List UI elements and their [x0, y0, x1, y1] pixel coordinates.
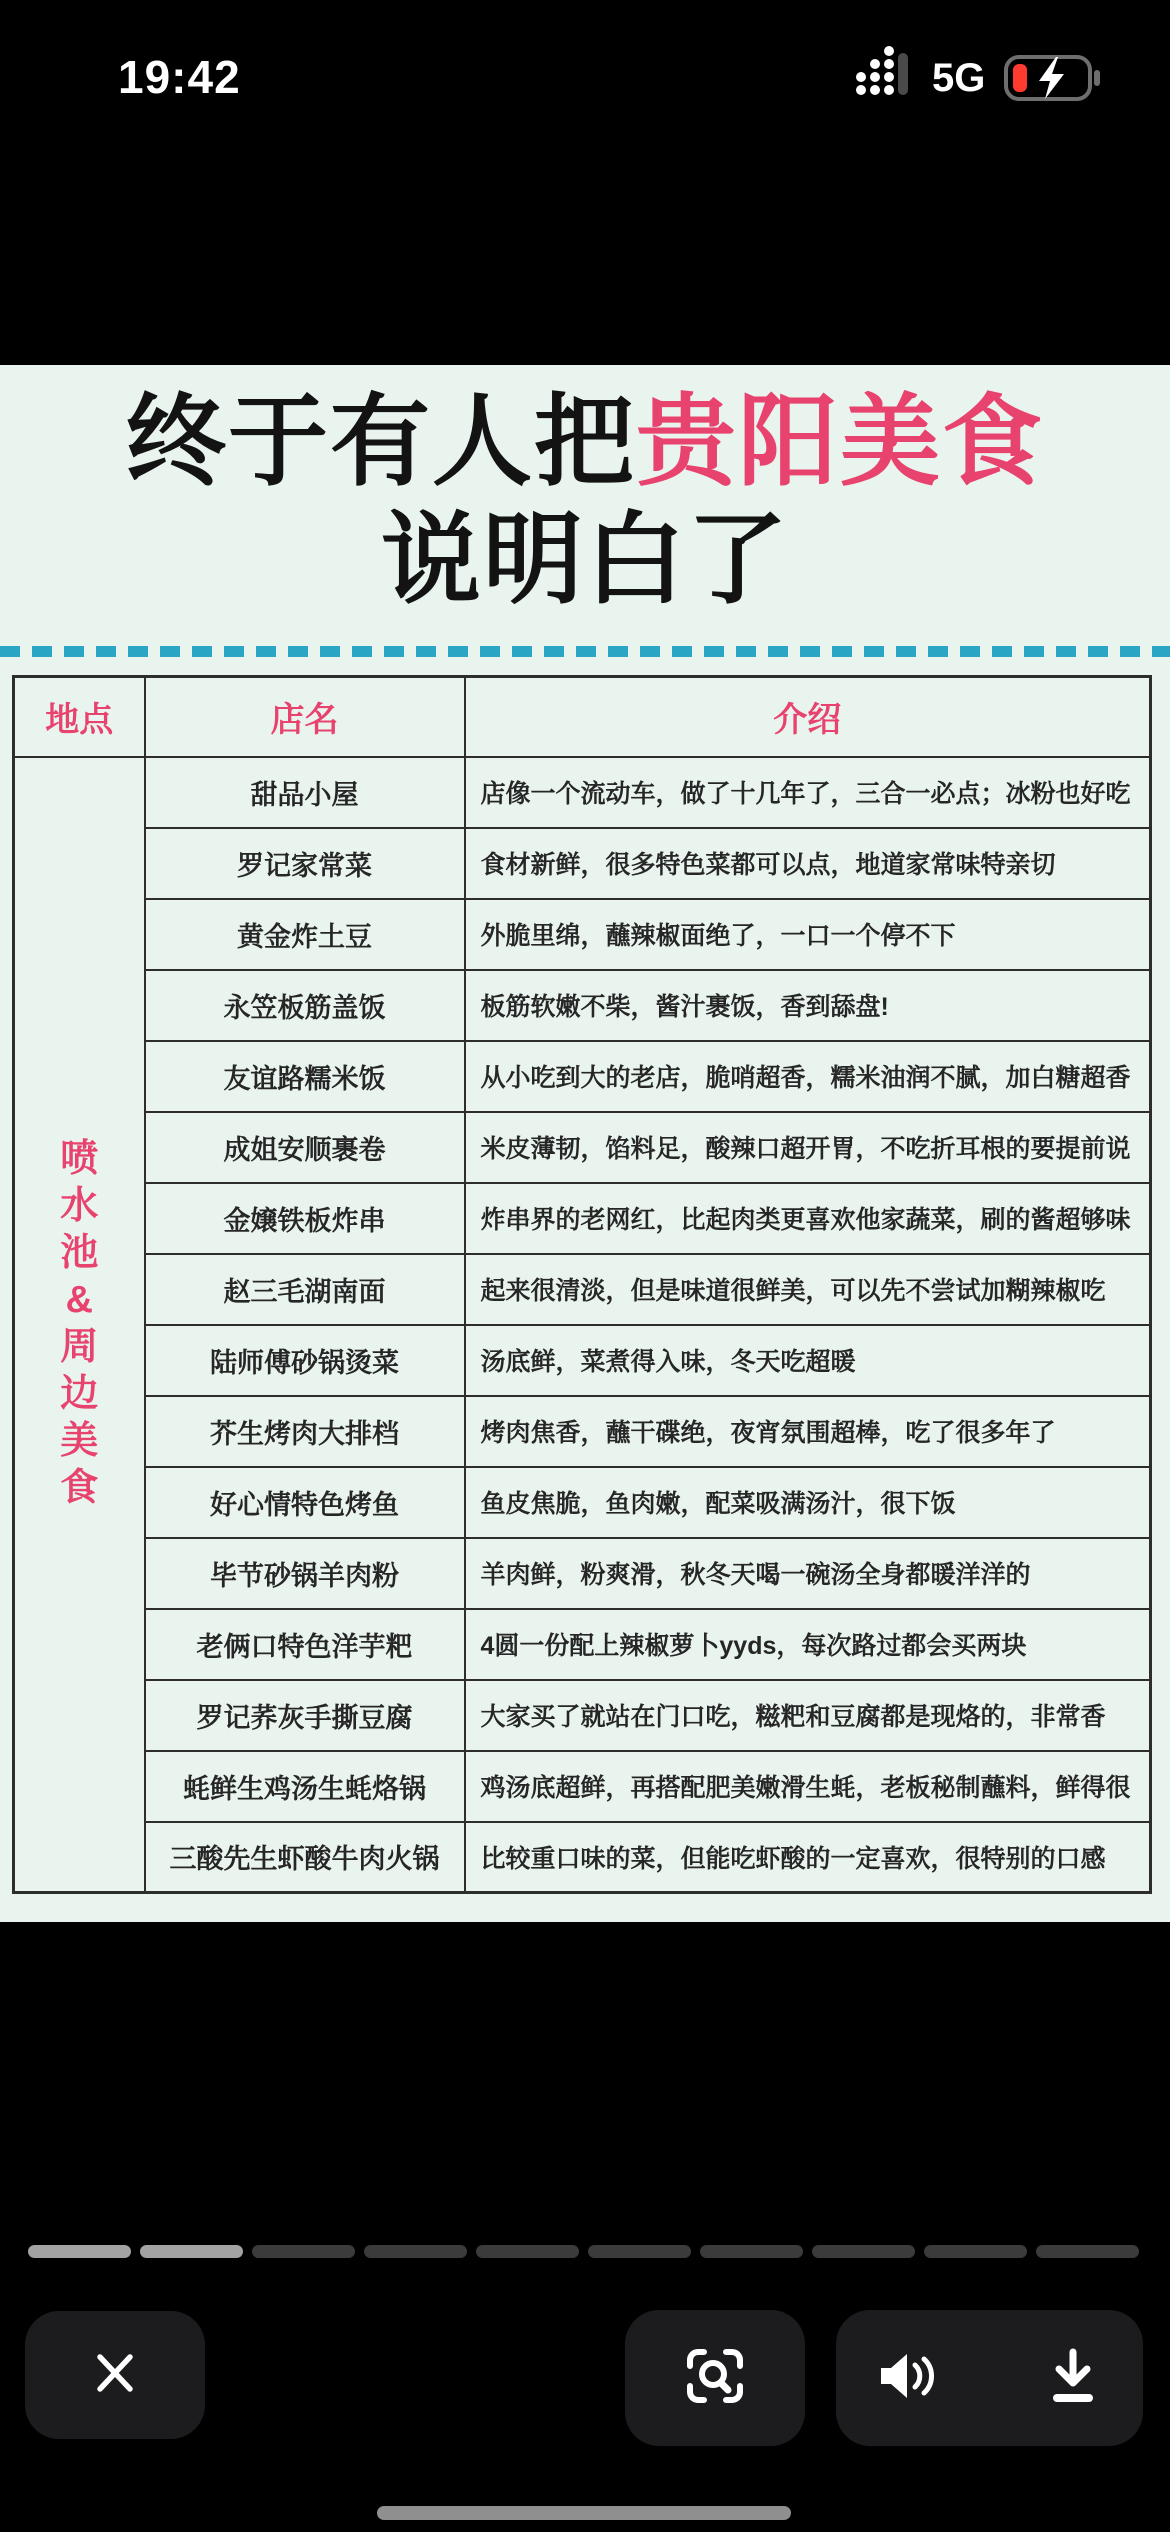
page-indicator-segment: [588, 2245, 691, 2258]
speaker-icon: [875, 2348, 939, 2409]
table-row: 毕节砂锅羊肉粉羊肉鲜，粉爽滑，秋冬天喝一碗汤全身都暖洋洋的: [14, 1538, 1151, 1609]
location-group-char: 美: [60, 1418, 98, 1465]
shop-intro-cell: 米皮薄韧，馅料足，酸辣口超开胃，不吃折耳根的要提前说: [465, 1112, 1151, 1183]
shop-intro-cell: 鱼皮焦脆，鱼肉嫩，配菜吸满汤汁，很下饭: [465, 1467, 1151, 1538]
shop-name-cell: 友谊路糯米饭: [145, 1041, 465, 1112]
food-table-body: 喷水池&周边美食甜品小屋店像一个流动车，做了十几年了，三合一必点；冰粉也好吃罗记…: [14, 757, 1151, 1893]
shop-name-cell: 甜品小屋: [145, 757, 465, 828]
location-group-char: 喷: [60, 1136, 98, 1183]
shop-name-cell: 好心情特色烤鱼: [145, 1467, 465, 1538]
shop-intro-cell: 店像一个流动车，做了十几年了，三合一必点；冰粉也好吃: [465, 757, 1151, 828]
shop-intro-cell: 炸串界的老网红，比起肉类更喜欢他家蔬菜，刷的酱超够味: [465, 1183, 1151, 1254]
location-group-char: 边: [60, 1371, 98, 1418]
table-row: 好心情特色烤鱼鱼皮焦脆，鱼肉嫩，配菜吸满汤汁，很下饭: [14, 1467, 1151, 1538]
page-indicator-segment: [364, 2245, 467, 2258]
shop-intro-cell: 鸡汤底超鲜，再搭配肥美嫩滑生蚝，老板秘制蘸料，鲜得很: [465, 1751, 1151, 1822]
shop-name-cell: 老俩口特色洋芋粑: [145, 1609, 465, 1680]
sound-button[interactable]: [861, 2310, 953, 2446]
dashed-divider: [0, 646, 1170, 657]
shop-intro-cell: 比较重口味的菜，但能吃虾酸的一定喜欢，很特别的口感: [465, 1822, 1151, 1893]
shop-name-cell: 成姐安顺裹卷: [145, 1112, 465, 1183]
table-row: 老俩口特色洋芋粑4圆一份配上辣椒萝卜yyds，每次路过都会买两块: [14, 1609, 1151, 1680]
shop-name-cell: 罗记荞灰手撕豆腐: [145, 1680, 465, 1751]
visual-search-button[interactable]: [625, 2310, 805, 2446]
page-indicator: [28, 2245, 1139, 2258]
cellular-signal-icon: [856, 52, 918, 95]
shop-name-cell: 金嬢铁板炸串: [145, 1183, 465, 1254]
phone-screen: 19:42 5G 终于有人把贵阳美食 说明白了: [0, 0, 1170, 2532]
shop-intro-cell: 烤肉焦香，蘸干碟绝，夜宵氛围超棒，吃了很多年了: [465, 1396, 1151, 1467]
page-indicator-segment: [28, 2245, 131, 2258]
shop-name-cell: 赵三毛湖南面: [145, 1254, 465, 1325]
battery-charging-icon: [1004, 55, 1100, 106]
home-indicator[interactable]: [377, 2506, 791, 2520]
download-button[interactable]: [1027, 2310, 1119, 2446]
table-row: 友谊路糯米饭从小吃到大的老店，脆哨超香，糯米油润不腻，加白糖超香: [14, 1041, 1151, 1112]
close-button[interactable]: [25, 2311, 205, 2439]
shop-name-cell: 毕节砂锅羊肉粉: [145, 1538, 465, 1609]
location-group-char: 周: [60, 1324, 98, 1371]
shop-name-cell: 三酸先生虾酸牛肉火锅: [145, 1822, 465, 1893]
location-group-char: 池: [60, 1230, 98, 1277]
shop-intro-cell: 起来很清淡，但是味道很鲜美，可以先不尝试加糊辣椒吃: [465, 1254, 1151, 1325]
media-actions-group: [836, 2310, 1143, 2446]
page-indicator-segment: [252, 2245, 355, 2258]
shop-name-cell: 永笠板筋盖饭: [145, 970, 465, 1041]
poster-title-line2: 说明白了: [0, 501, 1170, 619]
location-group-char: 水: [60, 1183, 98, 1230]
page-indicator-segment: [700, 2245, 803, 2258]
header-location: 地点: [14, 677, 145, 757]
page-indicator-segment: [812, 2245, 915, 2258]
page-indicator-segment: [924, 2245, 1027, 2258]
shop-name-cell: 黄金炸土豆: [145, 899, 465, 970]
shop-name-cell: 蚝鲜生鸡汤生蚝烙锅: [145, 1751, 465, 1822]
poster-image: 终于有人把贵阳美食 说明白了 地点 店名 介绍 喷水池&周边美食甜品小屋店像一个…: [0, 365, 1170, 1922]
shop-intro-cell: 从小吃到大的老店，脆哨超香，糯米油润不腻，加白糖超香: [465, 1041, 1151, 1112]
close-icon: [87, 2345, 143, 2406]
location-group-char: &: [66, 1277, 93, 1324]
shop-intro-cell: 外脆里绵，蘸辣椒面绝了，一口一个停不下: [465, 899, 1151, 970]
shop-intro-cell: 汤底鲜，菜煮得入味，冬天吃超暖: [465, 1325, 1151, 1396]
table-row: 罗记家常菜食材新鲜，很多特色菜都可以点，地道家常味特亲切: [14, 828, 1151, 899]
image-search-lens-icon: [682, 2343, 748, 2414]
poster-title-highlight: 贵阳美食: [636, 386, 1044, 498]
shop-intro-cell: 羊肉鲜，粉爽滑，秋冬天喝一碗汤全身都暖洋洋的: [465, 1538, 1151, 1609]
header-intro: 介绍: [465, 677, 1151, 757]
page-indicator-segment: [476, 2245, 579, 2258]
table-row: 罗记荞灰手撕豆腐大家买了就站在门口吃，糍粑和豆腐都是现烙的，非常香: [14, 1680, 1151, 1751]
location-group-char: 食: [60, 1465, 98, 1512]
download-icon: [1044, 2346, 1102, 2411]
clock-text: 19:42: [118, 50, 241, 104]
table-row: 三酸先生虾酸牛肉火锅比较重口味的菜，但能吃虾酸的一定喜欢，很特别的口感: [14, 1822, 1151, 1893]
shop-name-cell: 陆师傅砂锅烫菜: [145, 1325, 465, 1396]
table-row: 成姐安顺裹卷米皮薄韧，馅料足，酸辣口超开胃，不吃折耳根的要提前说: [14, 1112, 1151, 1183]
shop-intro-cell: 板筋软嫩不柴，酱汁裹饭，香到舔盘!: [465, 970, 1151, 1041]
poster-title: 终于有人把贵阳美食 说明白了: [0, 383, 1170, 619]
table-row: 蚝鲜生鸡汤生蚝烙锅鸡汤底超鲜，再搭配肥美嫩滑生蚝，老板秘制蘸料，鲜得很: [14, 1751, 1151, 1822]
table-row: 黄金炸土豆外脆里绵，蘸辣椒面绝了，一口一个停不下: [14, 899, 1151, 970]
network-type-label: 5G: [932, 56, 985, 101]
header-shop: 店名: [145, 677, 465, 757]
table-row: 芥生烤肉大排档烤肉焦香，蘸干碟绝，夜宵氛围超棒，吃了很多年了: [14, 1396, 1151, 1467]
page-indicator-segment: [140, 2245, 243, 2258]
shop-name-cell: 罗记家常菜: [145, 828, 465, 899]
table-row: 喷水池&周边美食甜品小屋店像一个流动车，做了十几年了，三合一必点；冰粉也好吃: [14, 757, 1151, 828]
food-table: 地点 店名 介绍 喷水池&周边美食甜品小屋店像一个流动车，做了十几年了，三合一必…: [12, 675, 1152, 1894]
location-group-cell: 喷水池&周边美食: [14, 757, 145, 1893]
table-header-row: 地点 店名 介绍: [14, 677, 1151, 757]
table-row: 金嬢铁板炸串炸串界的老网红，比起肉类更喜欢他家蔬菜，刷的酱超够味: [14, 1183, 1151, 1254]
poster-title-line1: 终于有人把贵阳美食: [0, 383, 1170, 501]
shop-intro-cell: 4圆一份配上辣椒萝卜yyds，每次路过都会买两块: [465, 1609, 1151, 1680]
shop-intro-cell: 大家买了就站在门口吃，糍粑和豆腐都是现烙的，非常香: [465, 1680, 1151, 1751]
shop-name-cell: 芥生烤肉大排档: [145, 1396, 465, 1467]
shop-intro-cell: 食材新鲜，很多特色菜都可以点，地道家常味特亲切: [465, 828, 1151, 899]
table-row: 永笠板筋盖饭板筋软嫩不柴，酱汁裹饭，香到舔盘!: [14, 970, 1151, 1041]
table-row: 陆师傅砂锅烫菜汤底鲜，菜煮得入味，冬天吃超暖: [14, 1325, 1151, 1396]
page-indicator-segment: [1036, 2245, 1139, 2258]
table-row: 赵三毛湖南面起来很清淡，但是味道很鲜美，可以先不尝试加糊辣椒吃: [14, 1254, 1151, 1325]
